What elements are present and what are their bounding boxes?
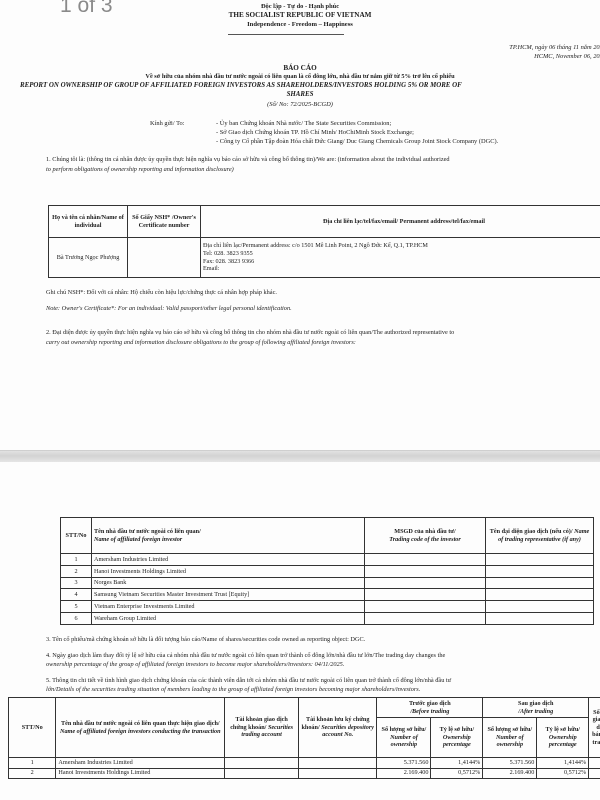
person-email: Email: (203, 265, 600, 273)
table-row: 5Vietnam Enterprise Investments Limited (61, 601, 594, 613)
table-row: 1Amersham Industries Limited (61, 554, 594, 566)
col-trading-code-header-en: Trading code of the investor (367, 536, 483, 544)
col-address-header: Địa chỉ liên lạc/tel/fax/email/ Permanen… (201, 206, 600, 238)
person-name: Bà Trương Ngọc Phượng (49, 238, 128, 278)
col-depository-account-header-en: Securities depository account No. (321, 724, 374, 739)
section-5-text-2: lớn/Details of the securities trading si… (46, 686, 420, 693)
after-quantity: 2.169.400 (483, 768, 537, 779)
investor-name: Vietnam Enterprise Investments Limited (92, 601, 365, 613)
col-investor-header-vn: Tên nhà đầu tư nước ngoài có liên quan t… (61, 720, 220, 727)
document-number: (Số/ No: 72/2025-BCGD) (0, 101, 600, 108)
col-representative-header-vn: Tên đại diện giao dịch (nếu có)/ (490, 528, 573, 535)
note-vn: Ghi chú NSH*: Đối với cá nhân: Hộ chiếu … (46, 289, 277, 296)
trading-code (365, 612, 486, 624)
before-percentage: 1,4144% (431, 758, 483, 769)
row-number: 1 (9, 758, 56, 769)
section-2-text-2: carry out ownership reporting and inform… (46, 339, 356, 346)
investor-name: Amersham Industries Limited (56, 758, 225, 769)
person-tel: Tel: 028. 3823 9355 (203, 250, 600, 258)
col-investor-header: Tên nhà đầu tư nước ngoài có liên quan/ … (92, 518, 365, 554)
before-quantity: 5.371.560 (377, 758, 431, 769)
after-qty-header-en: Number of ownership (496, 734, 524, 749)
recipient-label: Kính gửi/ To: (150, 120, 185, 127)
col-depository-account-header: Tài khoản lưu ký chứng khoán/ Securities… (299, 698, 377, 758)
before-pct-header-en: Ownership percentage (443, 734, 471, 749)
after-pct-header: Tỷ lệ sở hữu/ Ownership percentage (537, 718, 589, 758)
table-row: 2Hanoi Investments Holdings Limited2.169… (9, 768, 600, 779)
trading-representative (486, 589, 594, 601)
section-5-text: 5. Thông tin chi tiết về tình hình giao … (46, 677, 451, 684)
trading-representative (486, 554, 594, 566)
affiliated-investors-table: STT/No Tên nhà đầu tư nước ngoài có liên… (60, 517, 594, 625)
report-subtitle-en-2: SHARES (0, 91, 600, 98)
date-en: HCMC, November 06, 2025 (534, 53, 600, 60)
table-row: 3Norges Bank (61, 577, 594, 589)
trading-representative (486, 577, 594, 589)
col-before-trading-header: Trước giao dịch /Before trading (377, 698, 483, 718)
investor-name: Hanoi Investments Holdings Limited (92, 565, 365, 577)
col-no-header: STT/No (61, 518, 92, 554)
trading-representative (486, 565, 594, 577)
col-certificate-header: Số Giấy NSH* /Owner's Certificate number (128, 206, 201, 238)
row-number: 2 (61, 565, 92, 577)
col-name-header: Họ và tên cá nhân/Name of individual (49, 206, 128, 238)
section-2-text: 2. Đại diện được ủy quyền thực hiện nghĩ… (46, 329, 454, 336)
report-subtitle-vn: Về sở hữu của nhóm nhà đầu tư nước ngoài… (0, 73, 600, 80)
after-trading-en: /After trading (485, 708, 586, 716)
row-number: 4 (61, 589, 92, 601)
before-quantity: 2.169.400 (377, 768, 431, 779)
trading-code (365, 565, 486, 577)
trading-code (365, 601, 486, 613)
table-row: Bà Trương Ngọc Phượng Địa chỉ liên lạc/P… (49, 238, 600, 278)
row-number: 2 (9, 768, 56, 779)
person-address: Địa chỉ liên lạc/Permanent address: c/o … (203, 242, 600, 250)
section-3-text: 3. Tên cổ phiếu/mã chứng khoán sở hữu là… (46, 636, 365, 643)
before-qty-header-vn: Số lượng sở hữu/ (382, 726, 427, 733)
row-number: 6 (61, 612, 92, 624)
col-representative-header: Tên đại diện giao dịch (nếu có)/ Name of… (486, 518, 594, 554)
col-investor-header-en: Name of affiliated foreign investor (94, 536, 362, 544)
row-number: 1 (61, 554, 92, 566)
investor-name: Wareham Group Limited (92, 612, 365, 624)
after-qty-header-vn: Số lượng sở hữu/ (487, 726, 532, 733)
section-1-text: 1. Chúng tôi là: (thông tin cá nhân được… (46, 156, 450, 163)
col-investor-header: Tên nhà đầu tư nước ngoài có liên quan t… (56, 698, 225, 758)
section-4-text: 4. Ngày giao dịch làm thay đổi tỷ lệ sở … (46, 652, 445, 659)
after-quantity: 5.371.560 (483, 758, 537, 769)
traded-quantity (589, 758, 600, 769)
table-row: 1Amersham Industries Limited5.371.5601,4… (9, 758, 600, 769)
trading-code (365, 554, 486, 566)
traded-quantity (589, 768, 600, 779)
report-subtitle-en: REPORT ON OWNERSHIP OF GROUP OF AFFILIAT… (20, 82, 462, 89)
investor-name: Norges Bank (92, 577, 365, 589)
header-divider (228, 34, 344, 35)
note-en: Note: Owner's Certificate*: For an indiv… (46, 305, 292, 312)
person-fax: Fax: 028. 3823 9366 (203, 258, 600, 266)
before-pct-header-vn: Tỷ lệ sở hữu/ (440, 726, 474, 733)
col-after-trading-header: Sau giao dịch /After trading (483, 698, 589, 718)
investor-name: Samsung Vietnam Securities Master Invest… (92, 589, 365, 601)
row-number: 3 (61, 577, 92, 589)
recipient-ssc: - Ủy ban Chứng khoán Nhà nước/ The State… (216, 120, 391, 127)
investor-name: Amersham Industries Limited (92, 554, 365, 566)
col-trading-code-header: MSGD của nhà đầu tư/ Trading code of the… (365, 518, 486, 554)
after-pct-header-vn: Tỷ lệ sở hữu/ (546, 726, 580, 733)
recipient-hose: - Sở Giao dịch Chứng khoán TP. Hồ Chí Mi… (216, 129, 414, 136)
trading-code (365, 577, 486, 589)
recipient-dgc: - Công ty Cổ phần Tập đoàn Hóa chất Đức … (216, 138, 498, 145)
trading-account (225, 768, 299, 779)
col-trading-account-header: Tài khoản giao dịch chứng khoán/ Securit… (225, 698, 299, 758)
before-trading-vn: Trước giao dịch (379, 700, 480, 708)
before-qty-header-en: Number of ownership (390, 734, 418, 749)
after-qty-header: Số lượng sở hữu/ Number of ownership (483, 718, 537, 758)
after-percentage: 0,5712% (537, 768, 589, 779)
after-pct-header-en: Ownership percentage (549, 734, 577, 749)
row-number: 5 (61, 601, 92, 613)
report-title: BÁO CÁO (0, 64, 600, 72)
before-pct-header: Tỷ lệ sở hữu/ Ownership percentage (431, 718, 483, 758)
after-trading-vn: Sau giao dịch (485, 700, 586, 708)
col-traded-qty-header: Số l giao d bán) trad (589, 698, 600, 758)
person-contact: Địa chỉ liên lạc/Permanent address: c/o … (201, 238, 600, 278)
table-row: 2Hanoi Investments Holdings Limited (61, 565, 594, 577)
section-4-text-2: ownership percentage of the group of aff… (46, 661, 344, 668)
trading-representative (486, 601, 594, 613)
trading-representative (486, 612, 594, 624)
person-certificate (128, 238, 201, 278)
table-row: 4Samsung Vietnam Securities Master Inves… (61, 589, 594, 601)
before-trading-en: /Before trading (379, 708, 480, 716)
col-no-header: STT/No (9, 698, 56, 758)
col-trading-code-header-vn: MSGD của nhà đầu tư/ (367, 528, 483, 536)
section-1-text-2: to perform obligations of ownership repo… (46, 166, 234, 173)
depository-account (299, 768, 377, 779)
authorized-person-table: Họ và tên cá nhân/Name of individual Số … (48, 205, 600, 278)
investor-name: Hanoi Investments Holdings Limited (56, 768, 225, 779)
motto-en: Independence - Freedom – Happiness (0, 21, 600, 28)
page-counter: 1 of 3 (60, 0, 113, 18)
before-percentage: 0,5712% (431, 768, 483, 779)
after-percentage: 1,4144% (537, 758, 589, 769)
trading-account (225, 758, 299, 769)
col-investor-header-vn: Tên nhà đầu tư nước ngoài có liên quan/ (94, 528, 362, 536)
document-page-1: Độc lập - Tự do - Hạnh phúc THE SOCIALIS… (0, 0, 600, 450)
depository-account (299, 758, 377, 769)
table-row: 6Wareham Group Limited (61, 612, 594, 624)
before-qty-header: Số lượng sở hữu/ Number of ownership (377, 718, 431, 758)
col-investor-header-en: Name of affiliated foreign investors con… (60, 728, 221, 735)
date-vn: TP.HCM, ngày 06 tháng 11 năm 2025 (509, 44, 600, 51)
trading-code (365, 589, 486, 601)
transaction-table: STT/No Tên nhà đầu tư nước ngoài có liên… (8, 697, 600, 779)
